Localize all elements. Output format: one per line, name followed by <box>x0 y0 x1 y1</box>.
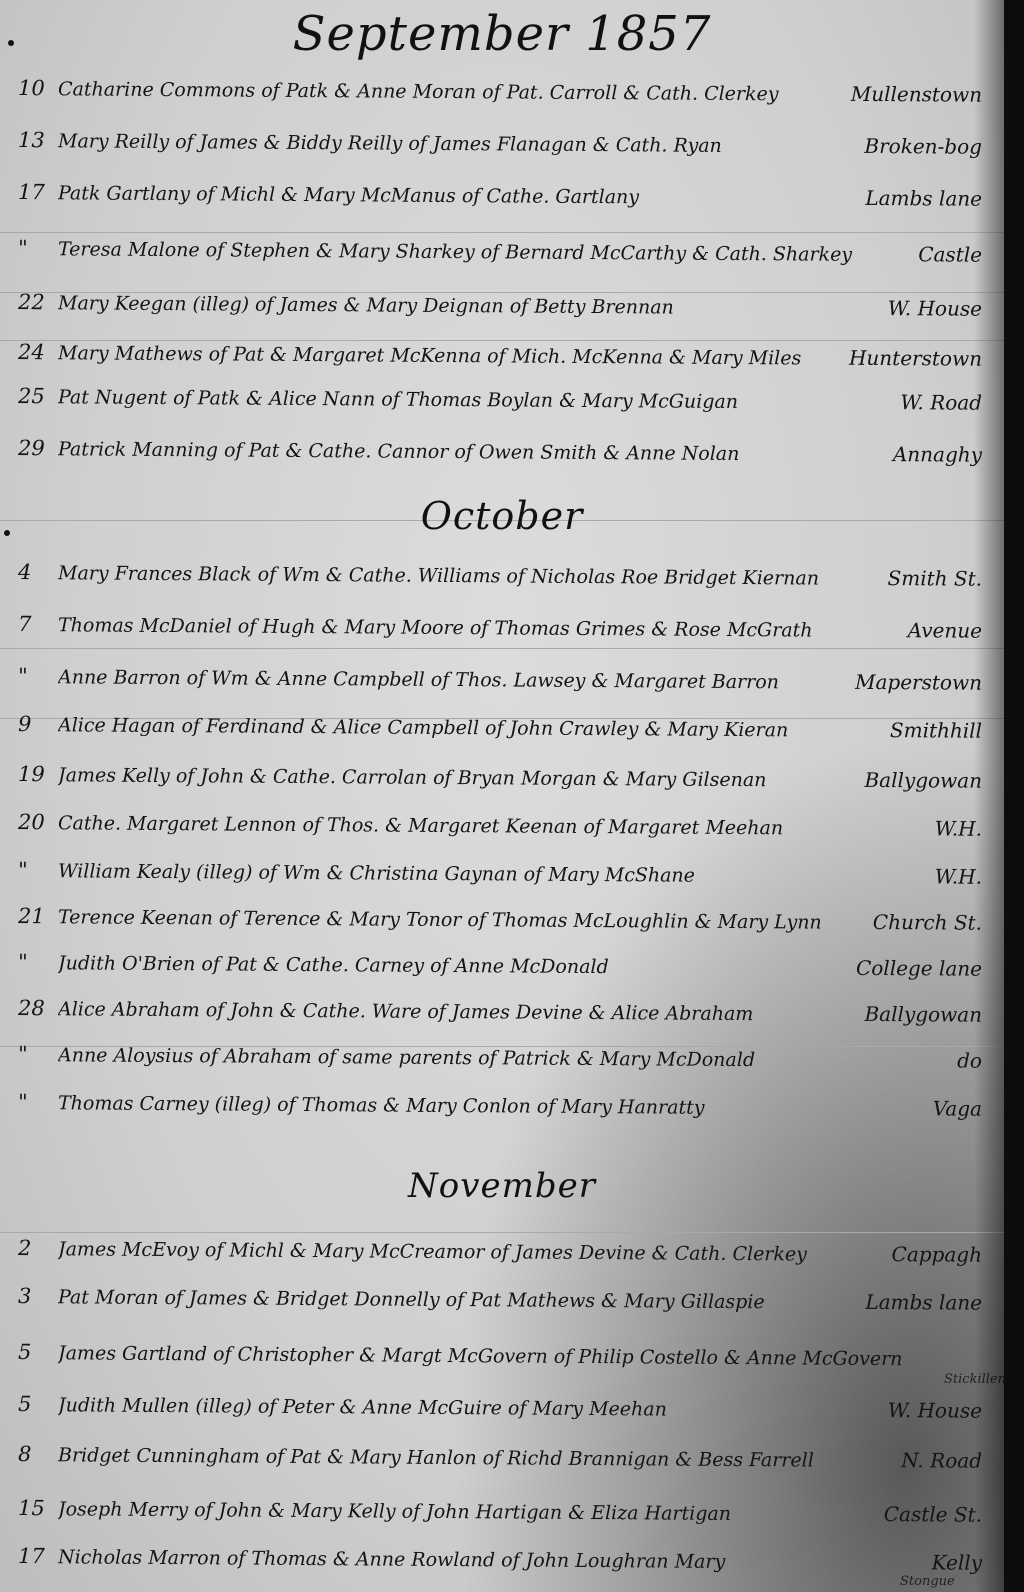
entry-text: Mary Reilly of James & Biddy Reilly of J… <box>58 130 853 158</box>
entry-day: 29 <box>18 436 46 460</box>
entry-text: James McEvoy of Michl & Mary McCreamor o… <box>58 1238 880 1266</box>
entry-day: " <box>18 1090 46 1114</box>
register-page: September 1857 10 Catharine Commons of P… <box>0 0 1004 1592</box>
entry-place: W. House <box>888 296 982 321</box>
entry-day: 15 <box>18 1496 46 1520</box>
register-entry: 3 Pat Moran of James & Bridget Donnelly … <box>18 1284 982 1325</box>
entry-text: Pat Nugent of Patk & Alice Nann of Thoma… <box>58 386 889 414</box>
register-entry: 13 Mary Reilly of James & Biddy Reilly o… <box>18 128 982 169</box>
entry-text: Alice Abraham of John & Cathe. Ware of J… <box>58 998 853 1026</box>
month-heading-september: September 1857 <box>0 6 1004 62</box>
entry-place: Smithhill <box>890 718 982 743</box>
entry-place: W.H. <box>935 816 982 840</box>
entry-day: 13 <box>18 128 46 152</box>
register-entry: 24 Mary Mathews of Pat & Margaret McKenn… <box>18 340 982 381</box>
entry-place: do <box>957 1049 982 1073</box>
entry-day: 25 <box>18 384 46 408</box>
entry-day: 17 <box>18 180 46 204</box>
entry-place: Broken-bog <box>864 134 982 159</box>
register-entry: 19 James Kelly of John & Cathe. Carrolan… <box>18 762 982 803</box>
entry-place: Lambs lane <box>865 186 982 211</box>
register-entry: 25 Pat Nugent of Patk & Alice Nann of Th… <box>18 384 982 425</box>
register-entry: 5 Judith Mullen (illeg) of Peter & Anne … <box>18 1392 982 1433</box>
register-entry: 8 Bridget Cunningham of Pat & Mary Hanlo… <box>18 1442 982 1483</box>
entry-day: " <box>18 858 46 882</box>
entry-day: 7 <box>18 612 46 636</box>
entry-day: 4 <box>18 560 46 584</box>
register-entry: 4 Mary Frances Black of Wm & Cathe. Will… <box>18 560 982 601</box>
entry-place: Mullenstown <box>851 82 982 107</box>
register-entry: " Judith O'Brien of Pat & Cathe. Carney … <box>18 950 982 991</box>
register-entry: 10 Catharine Commons of Patk & Anne Mora… <box>18 76 982 117</box>
month-heading-november: November <box>0 1166 1004 1206</box>
entry-place: Annaghy <box>893 442 982 467</box>
entry-day: " <box>18 664 46 688</box>
entry-place: Castle St. <box>884 1502 982 1527</box>
entry-day: 10 <box>18 76 46 100</box>
entry-place: Kelly <box>932 1550 983 1574</box>
entry-place: Ballygowan <box>864 1002 982 1027</box>
register-entry: 17 Nicholas Marron of Thomas & Anne Rowl… <box>18 1544 982 1585</box>
entry-day: 24 <box>18 340 46 364</box>
register-entry: 28 Alice Abraham of John & Cathe. Ware o… <box>18 996 982 1037</box>
register-entry: 9 Alice Hagan of Ferdinand & Alice Campb… <box>18 712 982 753</box>
entry-text: James Gartland of Christopher & Margt Mc… <box>58 1342 970 1370</box>
register-entry: 5 James Gartland of Christopher & Margt … <box>18 1340 982 1381</box>
entry-text: Mary Frances Black of Wm & Cathe. Willia… <box>58 562 876 590</box>
entry-day: 2 <box>18 1236 46 1260</box>
entry-place: College lane <box>856 956 982 981</box>
entry-place: Castle <box>918 242 982 266</box>
register-entry: 29 Patrick Manning of Pat & Cathe. Canno… <box>18 436 982 477</box>
ruled-line <box>0 232 1004 233</box>
entry-text: Terence Keenan of Terence & Mary Tonor o… <box>58 906 861 934</box>
entry-place: Maperstown <box>855 670 982 695</box>
entry-day: " <box>18 236 46 260</box>
entry-text: James Kelly of John & Cathe. Carrolan of… <box>58 764 853 792</box>
entry-text: Patk Gartlany of Michl & Mary McManus of… <box>58 182 853 210</box>
register-entry: 15 Joseph Merry of John & Mary Kelly of … <box>18 1496 982 1537</box>
entry-place: Lambs lane <box>865 1290 982 1315</box>
entry-day: 17 <box>18 1544 46 1568</box>
register-entry: 17 Patk Gartlany of Michl & Mary McManus… <box>18 180 982 221</box>
entry-day: 19 <box>18 762 46 786</box>
entry-day: 8 <box>18 1442 46 1466</box>
register-entry: " William Kealy (illeg) of Wm & Christin… <box>18 858 982 899</box>
entry-day: 5 <box>18 1392 46 1416</box>
entry-place: Ballygowan <box>864 768 982 793</box>
marginal-note: Stickillen <box>944 1372 1004 1387</box>
register-entry: 7 Thomas McDaniel of Hugh & Mary Moore o… <box>18 612 982 653</box>
entry-day: " <box>18 950 46 974</box>
entry-text: Patrick Manning of Pat & Cathe. Cannor o… <box>58 438 881 466</box>
entry-text: Thomas McDaniel of Hugh & Mary Moore of … <box>58 614 896 642</box>
entry-text: Catharine Commons of Patk & Anne Moran o… <box>58 78 839 105</box>
entry-day: 20 <box>18 810 46 834</box>
entry-place: Smith St. <box>887 566 982 591</box>
entry-text: Anne Barron of Wm & Anne Campbell of Tho… <box>58 666 843 693</box>
entry-text: Alice Hagan of Ferdinand & Alice Campbel… <box>58 714 878 742</box>
entry-text: Mary Keegan (illeg) of James & Mary Deig… <box>58 292 876 320</box>
ruled-line <box>0 1232 1004 1233</box>
entry-text: Joseph Merry of John & Mary Kelly of Joh… <box>58 1498 872 1526</box>
entry-place: W. Road <box>900 390 982 415</box>
entry-text: Nicholas Marron of Thomas & Anne Rowland… <box>58 1546 920 1574</box>
entry-place: Vaga <box>933 1096 982 1120</box>
entry-day: 3 <box>18 1284 46 1308</box>
entry-day: 28 <box>18 996 46 1020</box>
register-entry: 21 Terence Keenan of Terence & Mary Tono… <box>18 904 982 945</box>
entry-place: Cappagh <box>891 1242 982 1267</box>
entry-text: William Kealy (illeg) of Wm & Christina … <box>58 860 923 888</box>
entry-text: Thomas Carney (illeg) of Thomas & Mary C… <box>58 1092 921 1120</box>
entry-day: 22 <box>18 290 46 314</box>
entry-place: W. House <box>888 1398 982 1423</box>
register-entry: 22 Mary Keegan (illeg) of James & Mary D… <box>18 290 982 331</box>
marginal-note: Stongue <box>900 1574 955 1589</box>
register-entry: " Thomas Carney (illeg) of Thomas & Mary… <box>18 1090 982 1131</box>
entry-place: N. Road <box>901 1448 982 1473</box>
month-heading-october: October <box>0 494 1004 538</box>
entry-text: Teresa Malone of Stephen & Mary Sharkey … <box>58 238 906 266</box>
register-entry: 2 James McEvoy of Michl & Mary McCreamor… <box>18 1236 982 1277</box>
entry-place: W.H. <box>935 864 982 888</box>
entry-text: Cathe. Margaret Lennon of Thos. & Margar… <box>58 812 923 840</box>
register-entry: " Anne Aloysius of Abraham of same paren… <box>18 1042 982 1083</box>
entry-text: Anne Aloysius of Abraham of same parents… <box>58 1044 945 1072</box>
register-entry: " Teresa Malone of Stephen & Mary Sharke… <box>18 236 982 277</box>
entry-day: 9 <box>18 712 46 736</box>
entry-text: Mary Mathews of Pat & Margaret McKenna o… <box>58 342 837 369</box>
entry-text: Judith O'Brien of Pat & Cathe. Carney of… <box>58 952 844 979</box>
entry-place: Church St. <box>873 910 982 935</box>
entry-day: 5 <box>18 1340 46 1364</box>
entry-place: Hunterstown <box>849 346 982 371</box>
register-entry: 20 Cathe. Margaret Lennon of Thos. & Mar… <box>18 810 982 851</box>
entry-place: Avenue <box>908 618 983 643</box>
entry-day: " <box>18 1042 46 1066</box>
register-entry: " Anne Barron of Wm & Anne Campbell of T… <box>18 664 982 705</box>
entry-text: Pat Moran of James & Bridget Donnelly of… <box>58 1286 853 1314</box>
entry-text: Judith Mullen (illeg) of Peter & Anne Mc… <box>58 1394 876 1422</box>
entry-text: Bridget Cunningham of Pat & Mary Hanlon … <box>58 1444 889 1472</box>
entry-day: 21 <box>18 904 46 928</box>
